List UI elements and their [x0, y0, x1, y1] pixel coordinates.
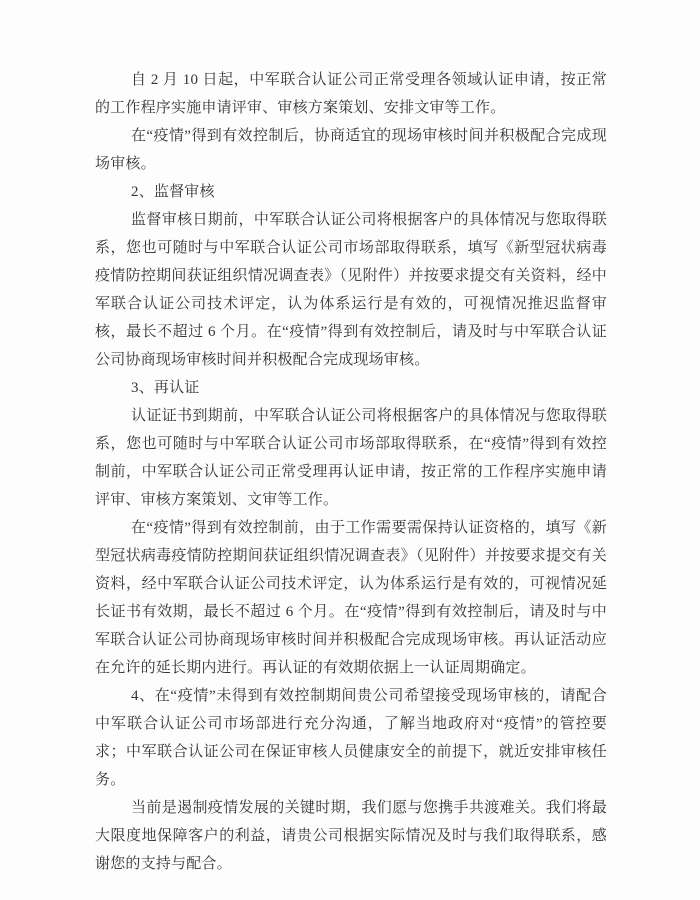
document-body: 自 2 月 10 日起，中军联合认证公司正常受理各领域认证申请，按正常的工作程序…	[95, 66, 607, 878]
paragraph-supervision-audit-detail: 监督审核日期前，中军联合认证公司将根据客户的具体情况与您取得联系，您也可随时与中…	[95, 206, 607, 374]
document-page: 自 2 月 10 日起，中军联合认证公司正常受理各领域认证申请，按正常的工作程序…	[0, 0, 700, 900]
paragraph-onsite-after-control: 在“疫情”得到有效控制后，协商适宜的现场审核时间并积极配合完成现场审核。	[95, 122, 607, 178]
section-heading-recertification: 3、再认证	[95, 374, 607, 402]
section-heading-supervision-audit: 2、监督审核	[95, 178, 607, 206]
paragraph-recertification-detail: 认证证书到期前，中军联合认证公司将根据客户的具体情况与您取得联系，您也可随时与中…	[95, 402, 607, 514]
paragraph-resume-applications: 自 2 月 10 日起，中军联合认证公司正常受理各领域认证申请，按正常的工作程序…	[95, 66, 607, 122]
paragraph-closing-remarks: 当前是遏制疫情发展的关键时期，我们愿与您携手共渡难关。我们将最大限度地保障客户的…	[95, 794, 607, 878]
paragraph-certificate-extension: 在“疫情”得到有效控制前，由于工作需要需保持认证资格的，填写《新型冠状病毒疫情防…	[95, 514, 607, 682]
paragraph-onsite-during-epidemic: 4、在“疫情”未得到有效控制期间贵公司希望接受现场审核的，请配合中军联合认证公司…	[95, 682, 607, 794]
